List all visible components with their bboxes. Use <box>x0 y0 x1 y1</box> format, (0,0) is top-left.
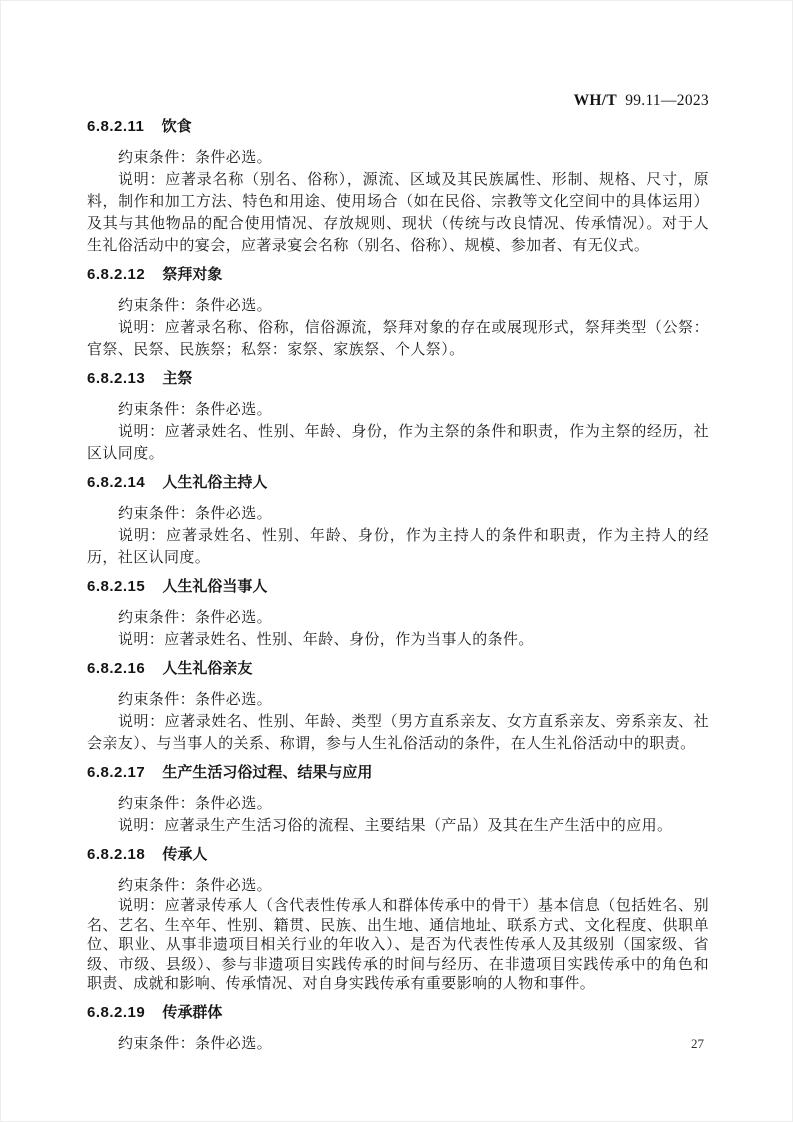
description-paragraph: 说明：应著录姓名、性别、年龄、类型（男方直系亲友、女方直系亲友、旁系亲友、社会亲… <box>87 711 709 755</box>
section-number: 6.8.2.11 <box>87 118 144 135</box>
section-6-8-2-18: 6.8.2.18 传承人 约束条件：条件必选。 说明：应著录传承人（含代表性传承… <box>87 846 709 995</box>
description-paragraph: 说明：应著录名称（别名、俗称），源流、区域及其民族属性、形制、规格、尺寸，原料，… <box>87 169 709 257</box>
standard-code-prefix: WH/T <box>574 92 617 109</box>
section-title: 人生礼俗亲友 <box>162 660 252 677</box>
section-heading: 6.8.2.12 祭拜对象 <box>87 266 709 283</box>
section-title: 传承人 <box>162 846 207 863</box>
section-6-8-2-19: 6.8.2.19 传承群体 约束条件：条件必选。 <box>87 1004 709 1055</box>
section-number: 6.8.2.15 <box>87 578 145 595</box>
section-6-8-2-11: 6.8.2.11 饮食 约束条件：条件必选。 说明：应著录名称（别名、俗称），源… <box>87 118 709 257</box>
page-number: 27 <box>691 1036 704 1052</box>
section-heading: 6.8.2.15 人生礼俗当事人 <box>87 578 709 595</box>
description-paragraph: 说明：应著录名称、俗称，信俗源流，祭拜对象的存在或展现形式，祭拜类型（公祭：官祭… <box>87 317 709 361</box>
description-paragraph: 说明：应著录姓名、性别、年龄、身份，作为主持人的条件和职责，作为主持人的经历，社… <box>87 525 709 569</box>
section-title: 饮食 <box>162 118 192 135</box>
constraint-paragraph: 约束条件：条件必选。 <box>87 607 709 629</box>
section-6-8-2-15: 6.8.2.15 人生礼俗当事人 约束条件：条件必选。 说明：应著录姓名、性别、… <box>87 578 709 651</box>
section-heading: 6.8.2.19 传承群体 <box>87 1004 709 1021</box>
section-heading: 6.8.2.14 人生礼俗主持人 <box>87 474 709 491</box>
section-heading: 6.8.2.13 主祭 <box>87 370 709 387</box>
section-6-8-2-13: 6.8.2.13 主祭 约束条件：条件必选。 说明：应著录姓名、性别、年龄、身份… <box>87 370 709 465</box>
section-title: 传承群体 <box>162 1004 222 1021</box>
standard-code-number: 99.11—2023 <box>625 92 709 109</box>
constraint-paragraph: 约束条件：条件必选。 <box>87 147 709 169</box>
constraint-paragraph: 约束条件：条件必选。 <box>87 1033 709 1055</box>
document-page: WH/T 99.11—2023 6.8.2.11 饮食 约束条件：条件必选。 说… <box>0 0 793 1122</box>
section-number: 6.8.2.19 <box>87 1004 145 1021</box>
section-heading: 6.8.2.18 传承人 <box>87 846 709 863</box>
section-number: 6.8.2.18 <box>87 846 145 863</box>
section-6-8-2-12: 6.8.2.12 祭拜对象 约束条件：条件必选。 说明：应著录名称、俗称，信俗源… <box>87 266 709 361</box>
page-header: WH/T 99.11—2023 <box>87 1 709 109</box>
constraint-paragraph: 约束条件：条件必选。 <box>87 875 709 897</box>
section-title: 生产生活习俗过程、结果与应用 <box>162 764 372 781</box>
section-number: 6.8.2.17 <box>87 764 145 781</box>
section-title: 祭拜对象 <box>162 266 222 283</box>
description-paragraph: 说明：应著录姓名、性别、年龄、身份，作为主祭的条件和职责，作为主祭的经历，社区认… <box>87 421 709 465</box>
page-content: WH/T 99.11—2023 6.8.2.11 饮食 约束条件：条件必选。 说… <box>87 1 709 1055</box>
constraint-paragraph: 约束条件：条件必选。 <box>87 793 709 815</box>
section-number: 6.8.2.14 <box>87 474 145 491</box>
constraint-paragraph: 约束条件：条件必选。 <box>87 295 709 317</box>
section-heading: 6.8.2.17 生产生活习俗过程、结果与应用 <box>87 764 709 781</box>
section-title: 人生礼俗当事人 <box>162 578 267 595</box>
section-6-8-2-14: 6.8.2.14 人生礼俗主持人 约束条件：条件必选。 说明：应著录姓名、性别、… <box>87 474 709 569</box>
section-heading: 6.8.2.11 饮食 <box>87 118 709 135</box>
section-title: 主祭 <box>162 370 192 387</box>
section-6-8-2-16: 6.8.2.16 人生礼俗亲友 约束条件：条件必选。 说明：应著录姓名、性别、年… <box>87 660 709 755</box>
section-title: 人生礼俗主持人 <box>162 474 267 491</box>
description-paragraph: 说明：应著录姓名、性别、年龄、身份，作为当事人的条件。 <box>87 629 709 651</box>
section-number: 6.8.2.16 <box>87 660 145 677</box>
section-number: 6.8.2.12 <box>87 266 145 283</box>
constraint-paragraph: 约束条件：条件必选。 <box>87 689 709 711</box>
section-heading: 6.8.2.16 人生礼俗亲友 <box>87 660 709 677</box>
section-number: 6.8.2.13 <box>87 370 145 387</box>
section-6-8-2-17: 6.8.2.17 生产生活习俗过程、结果与应用 约束条件：条件必选。 说明：应著… <box>87 764 709 837</box>
description-paragraph: 说明：应著录生产生活习俗的流程、主要结果（产品）及其在生产生活中的应用。 <box>87 815 709 837</box>
constraint-paragraph: 约束条件：条件必选。 <box>87 503 709 525</box>
constraint-paragraph: 约束条件：条件必选。 <box>87 399 709 421</box>
description-paragraph: 说明：应著录传承人（含代表性传承人和群体传承中的骨干）基本信息（包括姓名、别名、… <box>87 897 709 995</box>
